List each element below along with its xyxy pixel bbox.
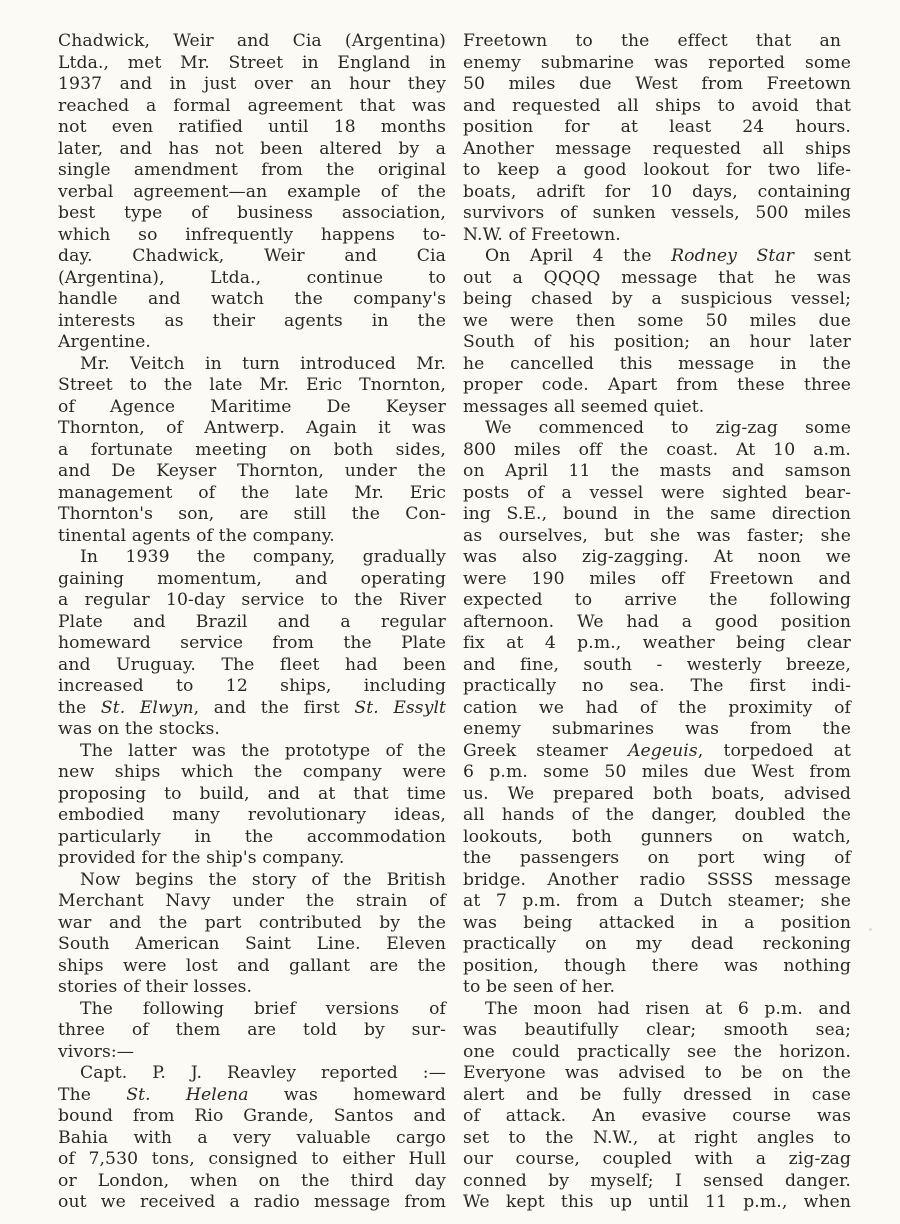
text-line: was on the stocks. bbox=[58, 719, 446, 741]
text-line: and De Keyser Thornton, under the bbox=[58, 461, 446, 483]
text-line: set to the N.W., at right angles to bbox=[463, 1128, 851, 1150]
text-line: The St. Helena was homeward bbox=[58, 1085, 446, 1107]
text-line: Everyone was advised to be on the bbox=[463, 1063, 851, 1085]
text-line: and Uruguay. The fleet had been bbox=[58, 655, 446, 677]
text-line: were 190 miles off Freetown and bbox=[463, 569, 851, 591]
text-line: at 7 p.m. from a Dutch steamer; she bbox=[463, 891, 851, 913]
text-line: Capt. P. J. Reavley reported :— bbox=[58, 1063, 446, 1085]
text-line: three of them are told by sur- bbox=[58, 1020, 446, 1042]
text-line: fix at 4 p.m., weather being clear bbox=[463, 633, 851, 655]
text-line: ing S.E., bound in the same direction bbox=[463, 504, 851, 526]
text-line: We commenced to zig-zag some bbox=[463, 418, 851, 440]
text-line: practically on my dead reckoning bbox=[463, 934, 851, 956]
text-line: out a QQQQ message that he was bbox=[463, 268, 851, 290]
paper-speck bbox=[869, 928, 872, 931]
text-line: Argentine. bbox=[58, 332, 446, 354]
text-line: to keep a good lookout for two life- bbox=[463, 160, 851, 182]
text-line: The latter was the prototype of the bbox=[58, 741, 446, 763]
text-line: day. Chadwick, Weir and Cia bbox=[58, 246, 446, 268]
text-line: boats, adrift for 10 days, containing bbox=[463, 182, 851, 204]
text-line: Freetown to the effect that an bbox=[463, 31, 841, 53]
text-line: Thornton's son, are still the Con- bbox=[58, 504, 446, 526]
text-line: practically no sea. The first indi- bbox=[463, 676, 851, 698]
text-line: expected to arrive the following bbox=[463, 590, 851, 612]
text-line: cation we had of the proximity of bbox=[463, 698, 851, 720]
text-line: particularly in the accommodation bbox=[58, 827, 446, 849]
text-line: was also zig-zagging. At noon we bbox=[463, 547, 851, 569]
text-line: out we received a radio message from bbox=[58, 1192, 446, 1214]
text-line: ships were lost and gallant are the bbox=[58, 956, 446, 978]
text-line: vivors:— bbox=[58, 1042, 446, 1064]
text-line: as ourselves, but she was faster; she bbox=[463, 526, 851, 548]
text-line: 800 miles off the coast. At 10 a.m. bbox=[463, 440, 851, 462]
text-line: homeward service from the Plate bbox=[58, 633, 446, 655]
text-line: best type of business association, bbox=[58, 203, 446, 225]
text-line: increased to 12 ships, including bbox=[58, 676, 446, 698]
text-line: later, and has not been altered by a bbox=[58, 139, 446, 161]
text-line: bridge. Another radio SSSS message bbox=[463, 870, 851, 892]
text-line: tinental agents of the company. bbox=[58, 526, 446, 548]
text-line: On April 4 the Rodney Star sent bbox=[463, 246, 851, 268]
text-line: Plate and Brazil and a regular bbox=[58, 612, 446, 634]
text-line: Ltda., met Mr. Street in England in bbox=[58, 53, 446, 75]
text-line: conned by myself; I sensed danger. bbox=[463, 1171, 851, 1193]
text-line: provided for the ship's company. bbox=[58, 848, 446, 870]
text-line: the passengers on port wing of bbox=[463, 848, 851, 870]
text-line: handle and watch the company's bbox=[58, 289, 446, 311]
text-line: being chased by a suspicious vessel; bbox=[463, 289, 851, 311]
text-line: which so infrequently happens to- bbox=[58, 225, 446, 247]
text-line: The following brief versions of bbox=[58, 999, 446, 1021]
text-line: us. We prepared both boats, advised bbox=[463, 784, 851, 806]
text-line: stories of their losses. bbox=[58, 977, 446, 999]
text-line: on April 11 the masts and samson bbox=[463, 461, 851, 483]
ship-name: Rodney Star bbox=[671, 246, 794, 266]
text-line: 50 miles due West from Freetown bbox=[463, 74, 851, 96]
text-line: N.W. of Freetown. bbox=[463, 225, 851, 247]
text-line: new ships which the company were bbox=[58, 762, 446, 784]
text-column-right: Freetown to the effect that anenemy subm… bbox=[463, 31, 851, 1214]
text-line: of 7,530 tons, consigned to either Hull bbox=[58, 1149, 446, 1171]
text-line: lookouts, both gunners on watch, bbox=[463, 827, 851, 849]
text-line: Now begins the story of the British bbox=[58, 870, 446, 892]
text-line: or London, when on the third day bbox=[58, 1171, 446, 1193]
text-line: South of his position; an hour later bbox=[463, 332, 851, 354]
text-line: interests as their agents in the bbox=[58, 311, 446, 333]
text-line: war and the part contributed by the bbox=[58, 913, 446, 935]
text-line: proposing to build, and at that time bbox=[58, 784, 446, 806]
text-line: We kept this up until 11 p.m., when bbox=[463, 1192, 851, 1214]
text-line: and requested all ships to avoid that bbox=[463, 96, 851, 118]
text-line: gaining momentum, and operating bbox=[58, 569, 446, 591]
text-line: Chadwick, Weir and Cia (Argentina) bbox=[58, 31, 446, 53]
text-line: Merchant Navy under the strain of bbox=[58, 891, 446, 913]
text-line: the St. Elwyn, and the first St. Essylt bbox=[58, 698, 446, 720]
text-line: posts of a vessel were sighted bear- bbox=[463, 483, 851, 505]
text-line: alert and be fully dressed in case bbox=[463, 1085, 851, 1107]
text-line: messages all seemed quiet. bbox=[463, 397, 851, 419]
text-line: and fine, south - westerly breeze, bbox=[463, 655, 851, 677]
text-line: all hands of the danger, doubled the bbox=[463, 805, 851, 827]
text-line: enemy submarines was from the bbox=[463, 719, 851, 741]
text-line: a regular 10-day service to the River bbox=[58, 590, 446, 612]
text-line: a fortunate meeting on both sides, bbox=[58, 440, 446, 462]
text-line: proper code. Apart from these three bbox=[463, 375, 851, 397]
text-line: was being attacked in a position bbox=[463, 913, 851, 935]
text-line: of attack. An evasive course was bbox=[463, 1106, 851, 1128]
ship-name: Aegeuis bbox=[628, 741, 698, 761]
text-line: Greek steamer Aegeuis, torpedoed at bbox=[463, 741, 851, 763]
text-line: Thornton, of Antwerp. Again it was bbox=[58, 418, 446, 440]
text-line: position, though there was nothing bbox=[463, 956, 851, 978]
text-line: bound from Rio Grande, Santos and bbox=[58, 1106, 446, 1128]
text-line: one could practically see the horizon. bbox=[463, 1042, 851, 1064]
scanned-page: Chadwick, Weir and Cia (Argentina)Ltda.,… bbox=[0, 0, 900, 1224]
text-line: to be seen of her. bbox=[463, 977, 851, 999]
text-line: Another message requested all ships bbox=[463, 139, 851, 161]
text-line: reached a formal agreement that was bbox=[58, 96, 446, 118]
text-line: South American Saint Line. Eleven bbox=[58, 934, 446, 956]
ship-name: St. Elwyn bbox=[101, 698, 194, 718]
text-line: The moon had risen at 6 p.m. and bbox=[463, 999, 851, 1021]
text-line: enemy submarine was reported some bbox=[463, 53, 851, 75]
text-line: of Agence Maritime De Keyser bbox=[58, 397, 446, 419]
text-line: was beautifully clear; smooth sea; bbox=[463, 1020, 851, 1042]
text-line: 1937 and in just over an hour they bbox=[58, 74, 446, 96]
text-line: Street to the late Mr. Eric Tnornton, bbox=[58, 375, 446, 397]
text-line: 6 p.m. some 50 miles due West from bbox=[463, 762, 851, 784]
text-line: verbal agreement—an example of the bbox=[58, 182, 446, 204]
text-column-left: Chadwick, Weir and Cia (Argentina)Ltda.,… bbox=[58, 31, 446, 1214]
text-line: our course, coupled with a zig-zag bbox=[463, 1149, 851, 1171]
ship-name: St. Helena bbox=[126, 1085, 248, 1105]
text-line: afternoon. We had a good position bbox=[463, 612, 851, 634]
text-line: survivors of sunken vessels, 500 miles bbox=[463, 203, 851, 225]
text-line: (Argentina), Ltda., continue to bbox=[58, 268, 446, 290]
text-line: management of the late Mr. Eric bbox=[58, 483, 446, 505]
text-line: position for at least 24 hours. bbox=[463, 117, 851, 139]
text-line: he cancelled this message in the bbox=[463, 354, 851, 376]
text-line: Bahia with a very valuable cargo bbox=[58, 1128, 446, 1150]
text-line: Mr. Veitch in turn introduced Mr. bbox=[58, 354, 446, 376]
text-line: In 1939 the company, gradually bbox=[58, 547, 446, 569]
text-line: single amendment from the original bbox=[58, 160, 446, 182]
text-line: embodied many revolutionary ideas, bbox=[58, 805, 446, 827]
ship-name: St. Essylt bbox=[354, 698, 446, 718]
text-line: not even ratified until 18 months bbox=[58, 117, 446, 139]
text-line: we were then some 50 miles due bbox=[463, 311, 851, 333]
